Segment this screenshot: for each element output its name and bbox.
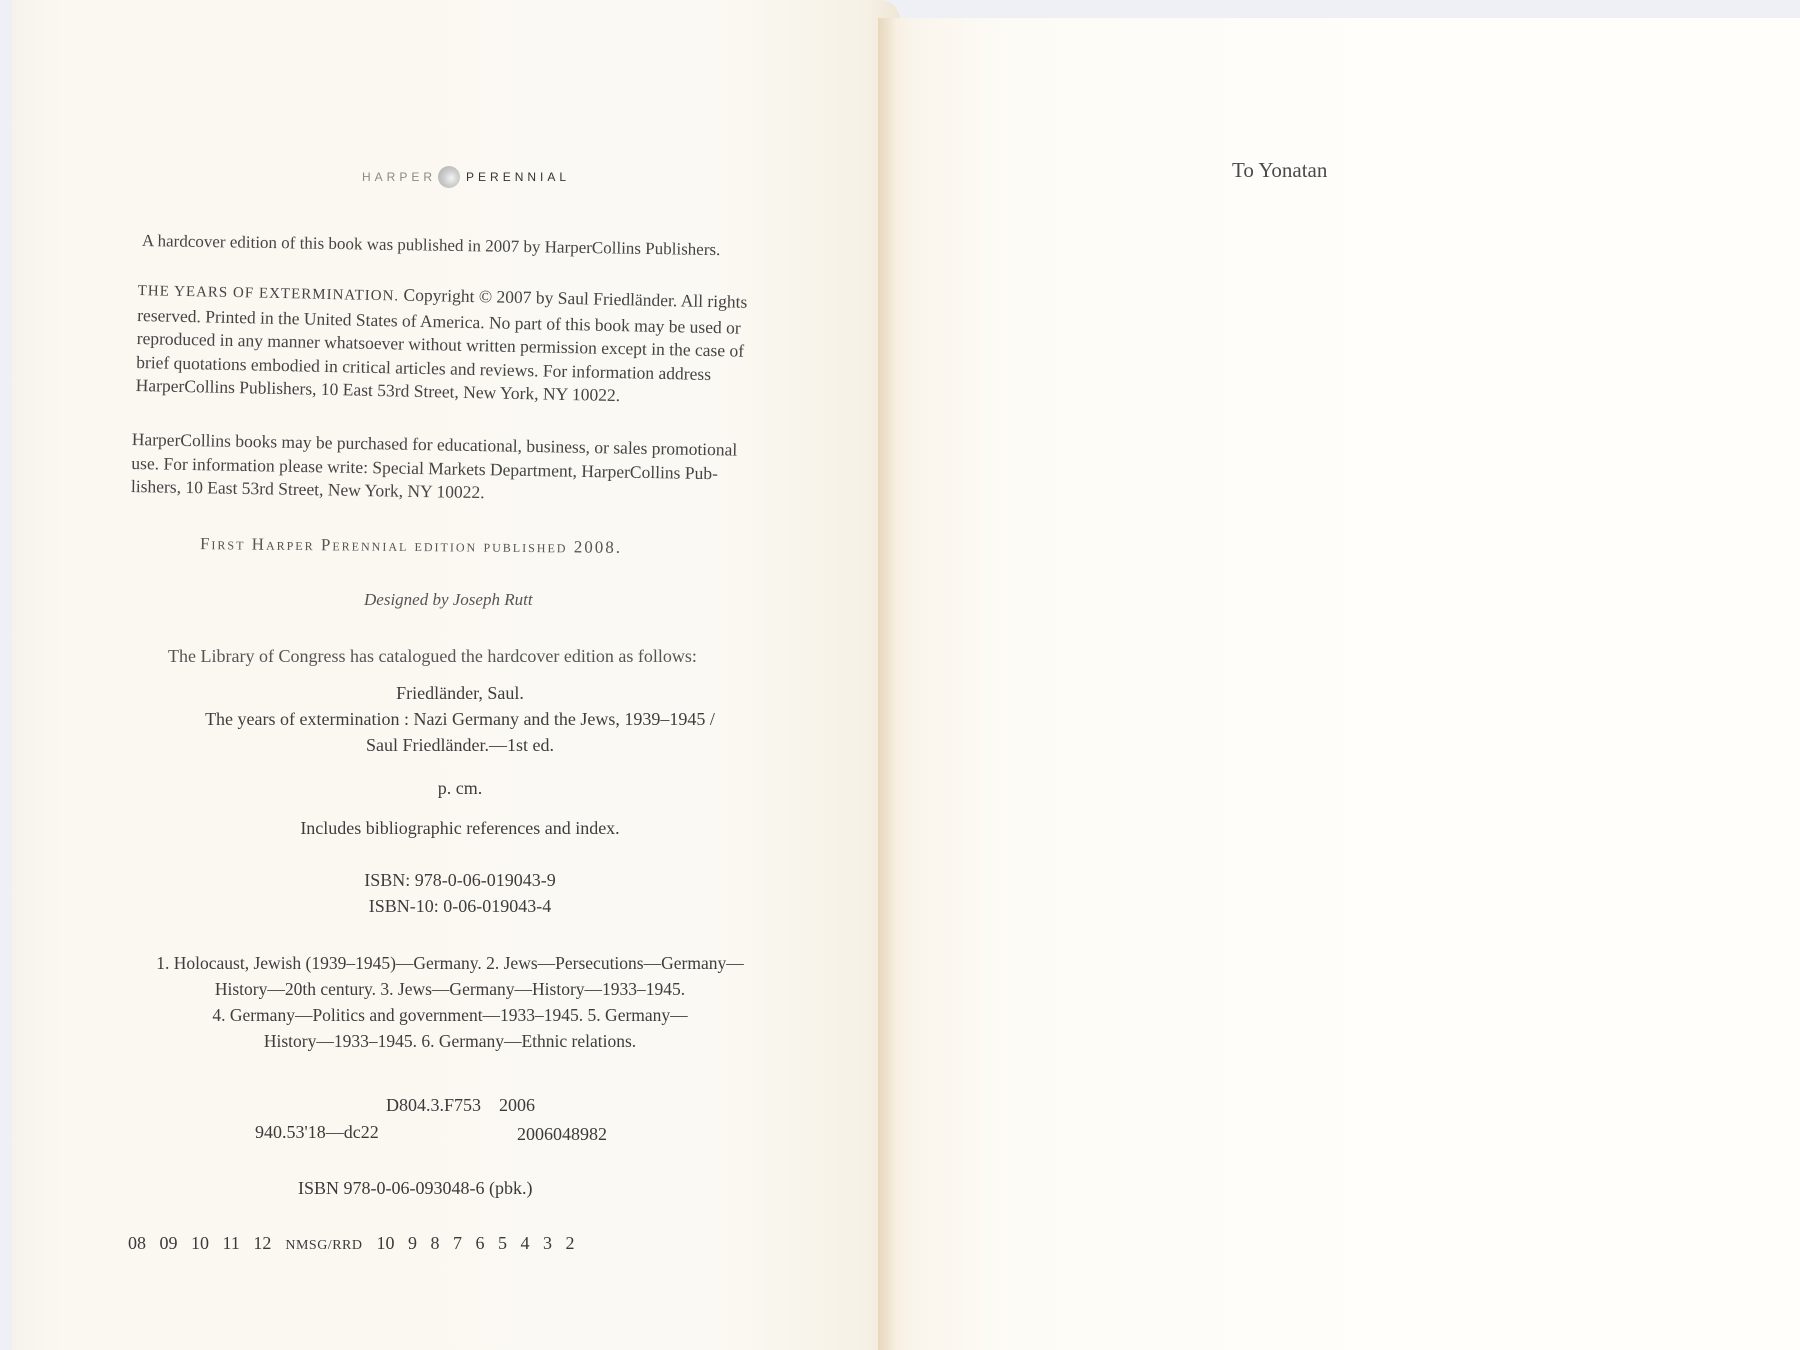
- cip-isbn10: ISBN-10: 0-06-019043-4: [160, 896, 760, 922]
- cip-intro: The Library of Congress has catalogued t…: [168, 646, 697, 667]
- cip-isbn-block: ISBN: 978-0-06-019043-9 ISBN-10: 0-06-01…: [160, 870, 760, 922]
- cip-title-line2: Saul Friedländer.—1st ed.: [160, 735, 760, 761]
- edition-statement: First Harper Perennial edition published…: [200, 534, 622, 558]
- lc-classification: D804.3.F753 2006: [386, 1095, 535, 1116]
- spine-shadow: [878, 18, 896, 1350]
- publisher-logo: HARPER PERENNIAL: [362, 166, 570, 188]
- subject-line: 1. Holocaust, Jewish (1939–1945)—Germany…: [95, 953, 805, 979]
- cip-includes: Includes bibliographic references and in…: [160, 818, 760, 844]
- paperback-isbn: ISBN 978-0-06-093048-6 (pbk.): [298, 1178, 532, 1199]
- lccn: 2006048982: [517, 1124, 607, 1145]
- cip-isbn: ISBN: 978-0-06-019043-9: [160, 870, 760, 896]
- cip-title-line1: The years of extermination : Nazi German…: [160, 709, 760, 735]
- printing-line: 08 09 10 11 12 NMSG/RRD 10 9 8 7 6 5 4 3…: [128, 1233, 574, 1254]
- right-page-dedication: [878, 18, 1800, 1350]
- copyright-block: THE YEARS OF EXTERMINATION. Copyright © …: [135, 278, 747, 410]
- cip-pages: p. cm.: [160, 778, 760, 804]
- left-page-copyright: [12, 0, 900, 1350]
- printing-years: 08 09 10 11 12: [128, 1233, 271, 1254]
- logo-word-perennial: PERENNIAL: [466, 170, 570, 184]
- subject-line: History—20th century. 3. Jews—Germany—Hi…: [95, 979, 805, 1005]
- dedication: To Yonatan: [1232, 158, 1327, 183]
- subject-line: 4. Germany—Politics and government—1933–…: [95, 1005, 805, 1031]
- printing-numbers: 10 9 8 7 6 5 4 3 2: [376, 1233, 574, 1254]
- cip-subjects: 1. Holocaust, Jewish (1939–1945)—Germany…: [95, 953, 805, 1057]
- cip-includes-text: Includes bibliographic references and in…: [160, 818, 760, 844]
- book-title-small-caps: THE YEARS OF EXTERMINATION.: [138, 283, 400, 304]
- cip-pages-text: p. cm.: [160, 778, 760, 804]
- designer-credit: Designed by Joseph Rutt: [364, 590, 533, 610]
- printer-code: NMSG/RRD: [285, 1238, 362, 1254]
- orb-icon: [438, 166, 460, 188]
- dewey-number: 940.53'18—dc22: [255, 1122, 379, 1143]
- sales-block: HarperCollins books may be purchased for…: [131, 428, 738, 509]
- cip-record: Friedländer, Saul. The years of extermin…: [160, 683, 760, 761]
- subject-line: History—1933–1945. 6. Germany—Ethnic rel…: [95, 1031, 805, 1057]
- cip-author: Friedländer, Saul.: [160, 683, 760, 709]
- logo-word-harper: HARPER: [362, 170, 436, 184]
